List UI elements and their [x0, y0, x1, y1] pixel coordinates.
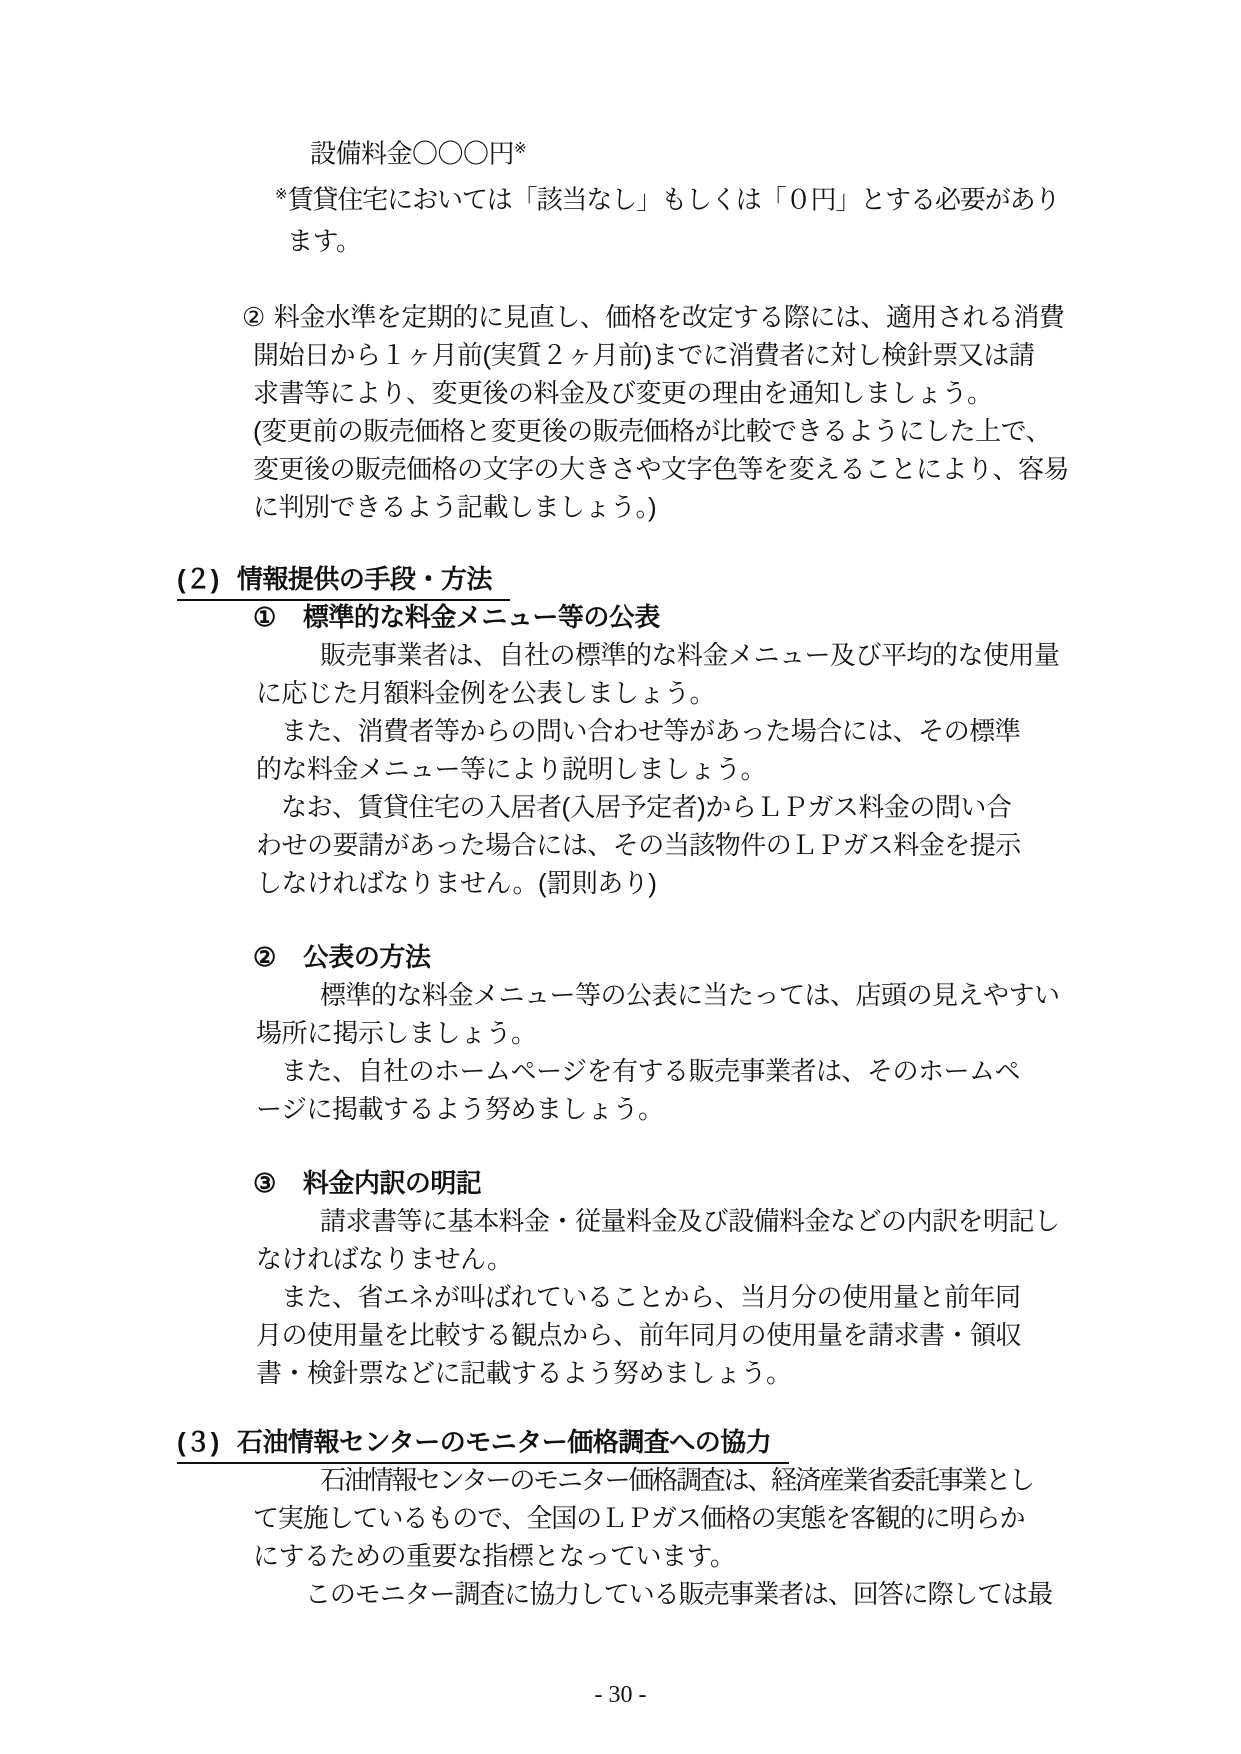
- body-line: 月の使用量を比較する観点から、前年同月の使用量を請求書・領収: [256, 1316, 1241, 1354]
- item-line: 開始日から１ヶ月前(実質２ヶ月前)までに消費者に対し検針票又は請: [253, 336, 1241, 374]
- body-line: また、自社のホームページを有する販売事業者は、そのホームペ: [281, 1052, 1241, 1090]
- body-line: 場所に掲示しましょう。: [256, 1014, 1241, 1052]
- body-line: ージに掲載するよう努めましょう。: [256, 1090, 1241, 1128]
- item-number-icon: ②: [242, 302, 265, 332]
- item-line: ②料金水準を定期的に見直し、価格を改定する際には、適用される消費: [242, 298, 1241, 336]
- subsection-2-title: 公表の方法: [276, 942, 431, 972]
- section-2-underline: (２)情報提供の手段・方法: [177, 563, 510, 601]
- subsection-2-block: ②公表の方法 標準的な料金メニュー等の公表に当たっては、店頭の見えやすい 場所に…: [0, 938, 1241, 1128]
- subsection-1-heading: ①標準的な料金メニュー等の公表: [253, 598, 1241, 636]
- body-line: 書・検針票などに記載するよう努めましょう。: [256, 1354, 1241, 1392]
- section-2-heading: (２)情報提供の手段・方法: [177, 560, 1241, 598]
- item-text: 料金水準を定期的に見直し、価格を改定する際には、適用される消費: [265, 302, 1065, 332]
- body-line: て実施しているもので、全国のＬＰガス価格の実態を客観的に明らか: [253, 1499, 1241, 1537]
- body-line: 販売事業者は、自社の標準的な料金メニュー及び平均的な使用量: [320, 636, 1241, 674]
- subsection-2-number-icon: ②: [253, 942, 276, 972]
- section-3-underline: (３)石油情報センターのモニター価格調査への協力: [177, 1426, 789, 1464]
- body-line: 標準的な料金メニュー等の公表に当たっては、店頭の見えやすい: [320, 976, 1241, 1014]
- note-line-1: ※賃貸住宅においては「該当なし」もしくは「０円」とする必要があり: [275, 172, 1241, 218]
- subsection-1-number-icon: ①: [253, 602, 276, 632]
- section-2-title: 情報提供の手段・方法: [219, 564, 492, 594]
- item-line: (変更前の販売価格と変更後の販売価格が比較できるようにした上で、: [253, 412, 1241, 450]
- note-text: 賃貸住宅においては「該当なし」もしくは「０円」とする必要があり: [288, 185, 1060, 215]
- subsection-3-number-icon: ③: [253, 1168, 276, 1198]
- item-line: 変更後の販売価格の文字の大きさや文字色等を変えることにより、容易: [253, 450, 1241, 488]
- body-line: また、省エネが叫ばれていることから、当月分の使用量と前年同: [281, 1278, 1241, 1316]
- subsection-3-title: 料金内訳の明記: [276, 1168, 482, 1198]
- body-line: にするための重要な指標となっています。: [253, 1537, 1241, 1575]
- price-revision-item: ②料金水準を定期的に見直し、価格を改定する際には、適用される消費 開始日から１ヶ…: [0, 298, 1241, 526]
- subsection-2-heading: ②公表の方法: [253, 938, 1241, 976]
- body-line: しなければなりません。(罰則あり): [256, 864, 1241, 902]
- equipment-fee-block: 設備料金〇〇〇円※ ※賃貸住宅においては「該当なし」もしくは「０円」とする必要が…: [0, 126, 1241, 264]
- body-line: 的な料金メニュー等により説明しましょう。: [256, 750, 1241, 788]
- body-line: 請求書等に基本料金・従量料金及び設備料金などの内訳を明記し: [320, 1202, 1241, 1240]
- item-line: 求書等により、変更後の料金及び変更の理由を通知しましょう。: [253, 374, 1241, 412]
- item-line: に判別できるよう記載しましょう。): [253, 488, 1241, 526]
- subsection-3-heading: ③料金内訳の明記: [253, 1164, 1241, 1202]
- body-line: また、消費者等からの問い合わせ等があった場合には、その標準: [281, 712, 1241, 750]
- document-page: 設備料金〇〇〇円※ ※賃貸住宅においては「該当なし」もしくは「０円」とする必要が…: [0, 0, 1241, 1754]
- body-line: に応じた月額料金例を公表しましょう。: [256, 674, 1241, 712]
- equipment-fee-text: 設備料金〇〇〇円: [310, 139, 514, 169]
- equipment-fee-line: 設備料金〇〇〇円※: [310, 126, 1241, 172]
- section-2-number: (２): [177, 564, 219, 594]
- body-line: 石油情報センターのモニター価格調査は、経済産業省委託事業とし: [320, 1461, 1241, 1499]
- section-3-number: (３): [177, 1427, 219, 1457]
- section-3-title: 石油情報センターのモニター価格調査への協力: [219, 1427, 771, 1457]
- body-line: このモニター調査に協力している販売事業者は、回答に際しては最: [305, 1575, 1241, 1613]
- page-number: - 30 -: [0, 1682, 1241, 1709]
- subsection-1-block: ①標準的な料金メニュー等の公表 販売事業者は、自社の標準的な料金メニュー及び平均…: [0, 598, 1241, 902]
- subsection-3-block: ③料金内訳の明記 請求書等に基本料金・従量料金及び設備料金などの内訳を明記し な…: [0, 1164, 1241, 1392]
- note-line-2: ます。: [287, 218, 1241, 264]
- section-2-heading-row: (２)情報提供の手段・方法: [0, 560, 1241, 598]
- subsection-1-title: 標準的な料金メニュー等の公表: [276, 602, 660, 632]
- body-line: なお、賃貸住宅の入居者(入居予定者)からＬＰガス料金の問い合: [281, 788, 1241, 826]
- body-line: わせの要請があった場合には、その当該物件のＬＰガス料金を提示: [256, 826, 1241, 864]
- section-3-heading: (３)石油情報センターのモニター価格調査への協力: [177, 1423, 1241, 1461]
- body-line: なければなりません。: [256, 1240, 1241, 1278]
- note-reference-mark: ※: [514, 140, 527, 157]
- note-marker: ※: [275, 186, 288, 203]
- section-3-block: (３)石油情報センターのモニター価格調査への協力 石油情報センターのモニター価格…: [0, 1423, 1241, 1613]
